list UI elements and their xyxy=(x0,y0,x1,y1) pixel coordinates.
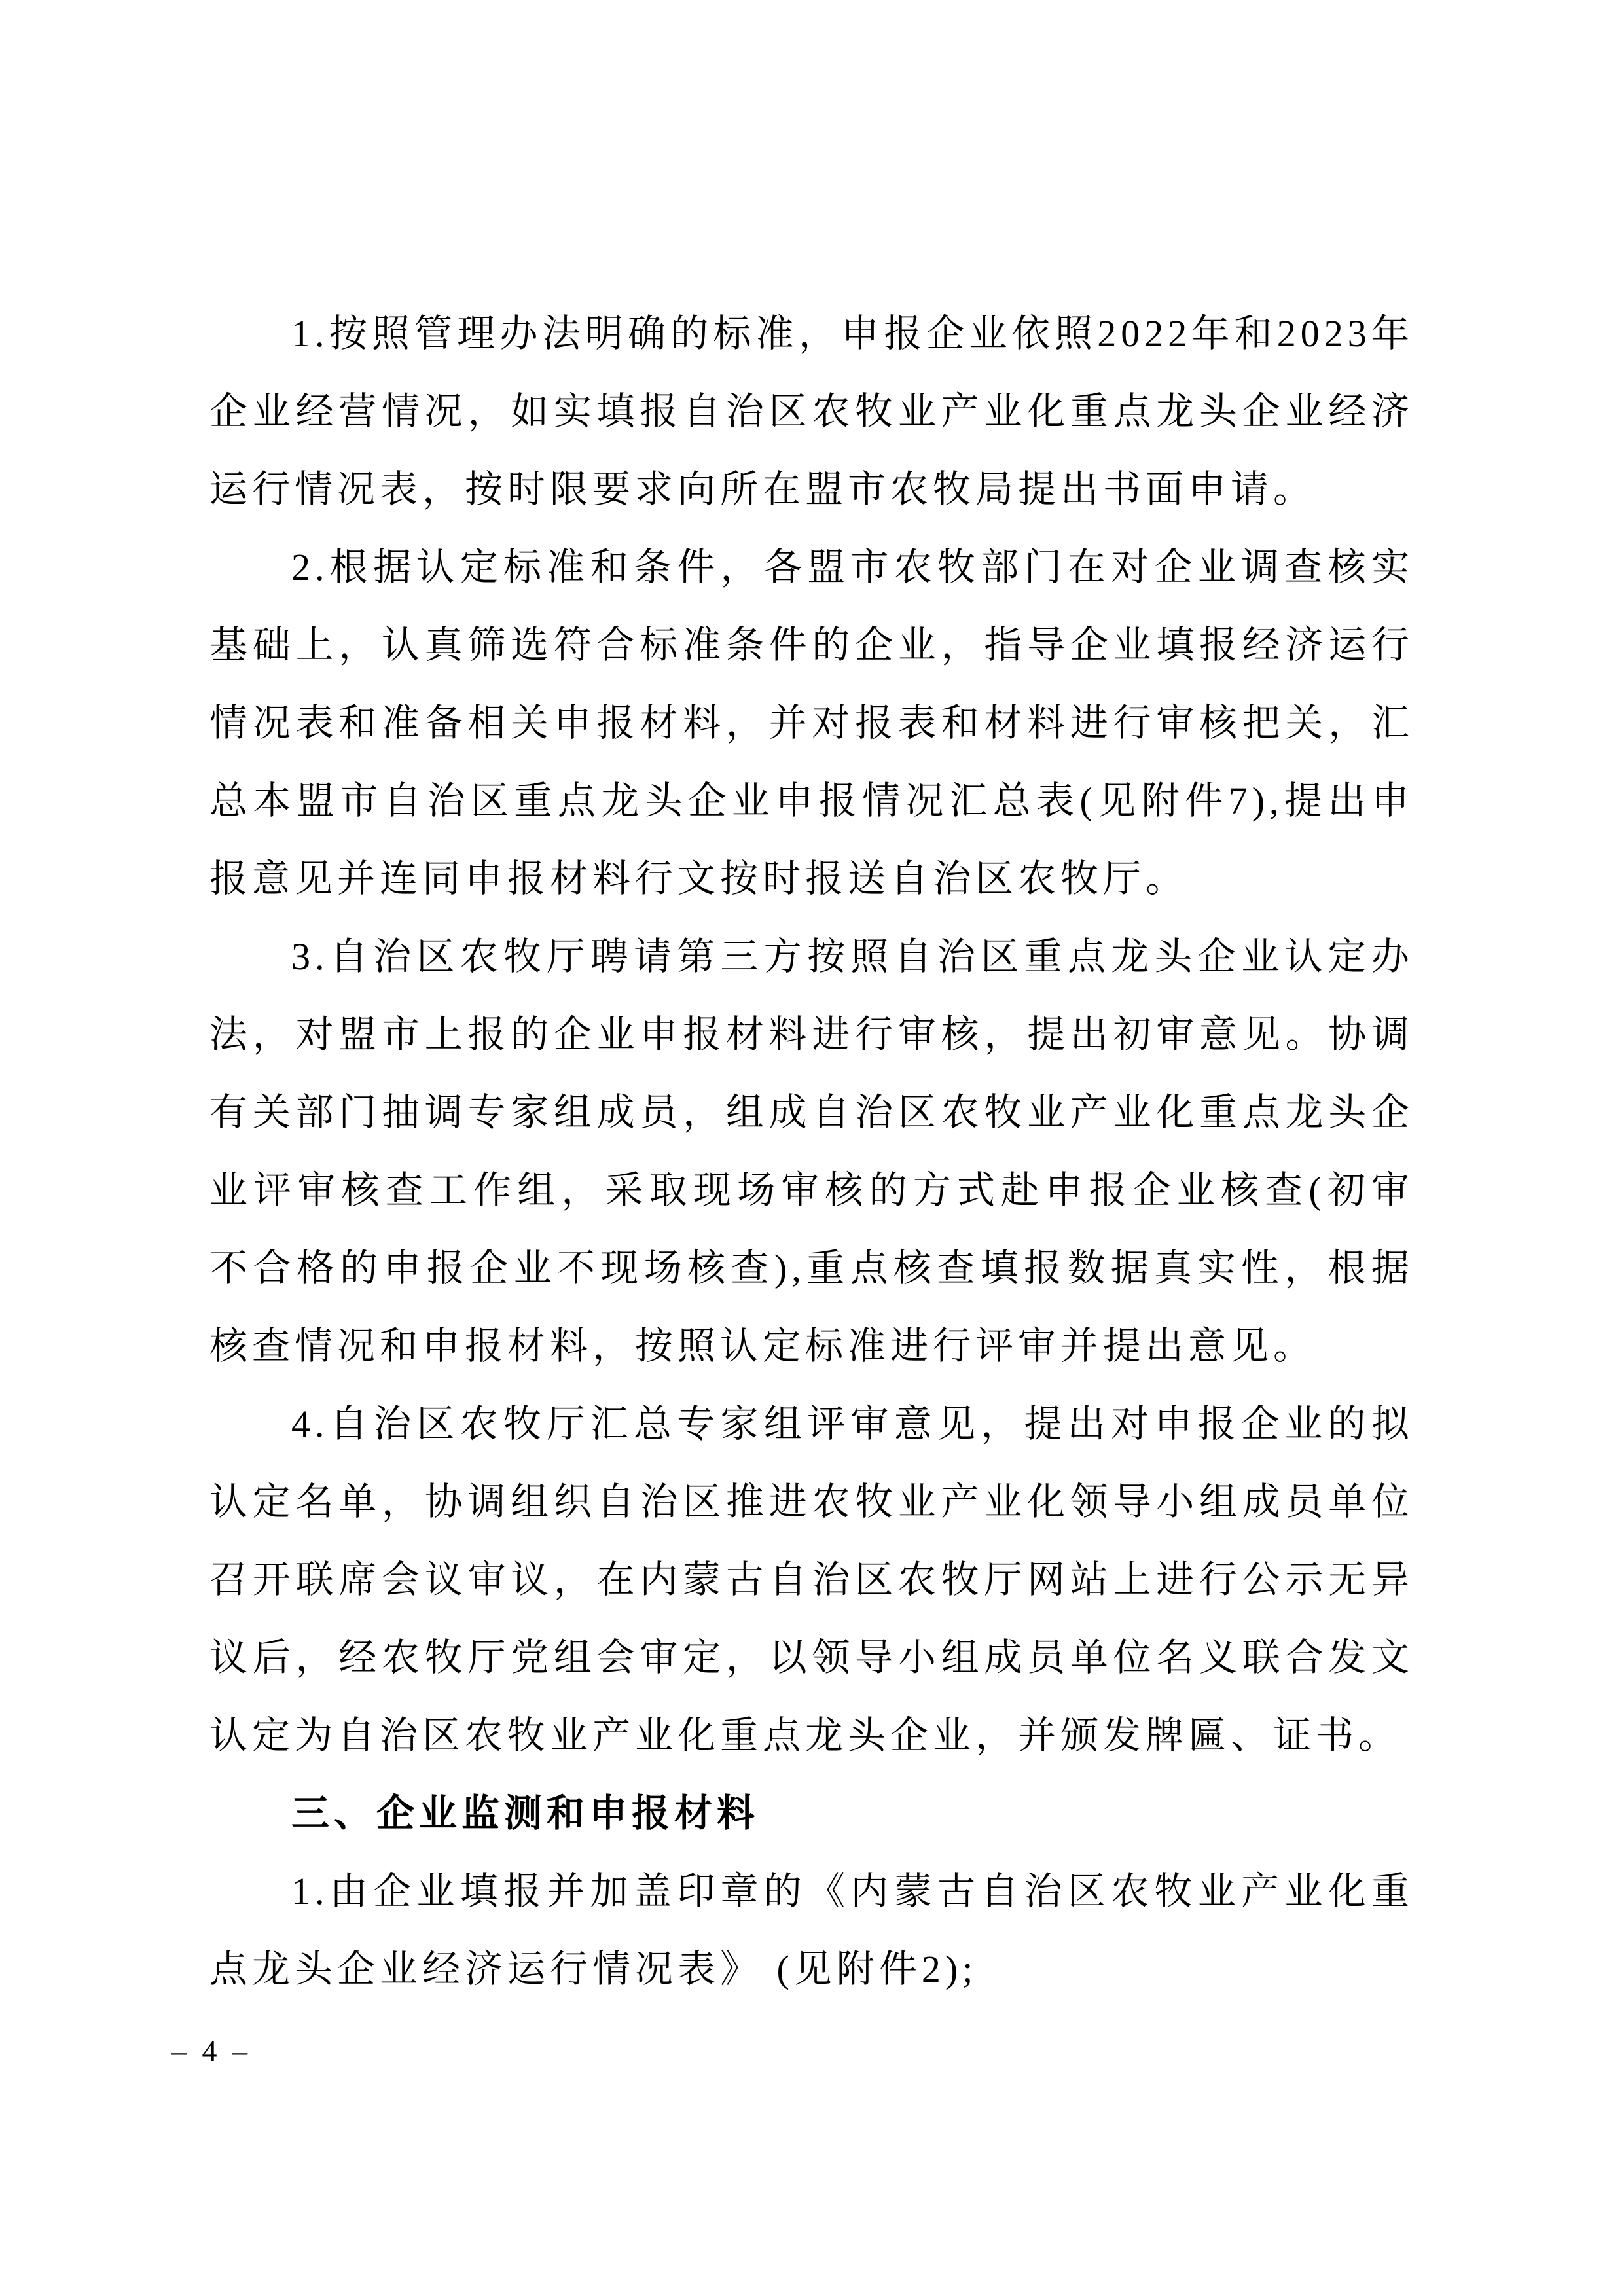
document-page: 1.按照管理办法明确的标准，申报企业依照2022年和2023年企业经营情况，如实… xyxy=(0,0,1624,2296)
paragraph-2: 2.根据认定标准和条件，各盟市农牧部门在对企业调查核实基础上，认真筛选符合标准条… xyxy=(209,528,1414,918)
paragraph-5: 1.由企业填报并加盖印章的《内蒙古自治区农牧业产业化重点龙头企业经济运行情况表》… xyxy=(209,1852,1414,2008)
paragraph-4: 4.自治区农牧厅汇总专家组评审意见，提出对申报企业的拟认定名单，协调组织自治区推… xyxy=(209,1385,1414,1774)
document-body: 1.按照管理办法明确的标准，申报企业依照2022年和2023年企业经营情况，如实… xyxy=(209,295,1414,2008)
paragraph-1: 1.按照管理办法明确的标准，申报企业依照2022年和2023年企业经营情况，如实… xyxy=(209,295,1414,528)
page-number: – 4 – xyxy=(171,2032,251,2071)
section-heading: 三、企业监测和申报材料 xyxy=(209,1774,1414,1852)
paragraph-3: 3.自治区农牧厅聘请第三方按照自治区重点龙头企业认定办法，对盟市上报的企业申报材… xyxy=(209,918,1414,1385)
